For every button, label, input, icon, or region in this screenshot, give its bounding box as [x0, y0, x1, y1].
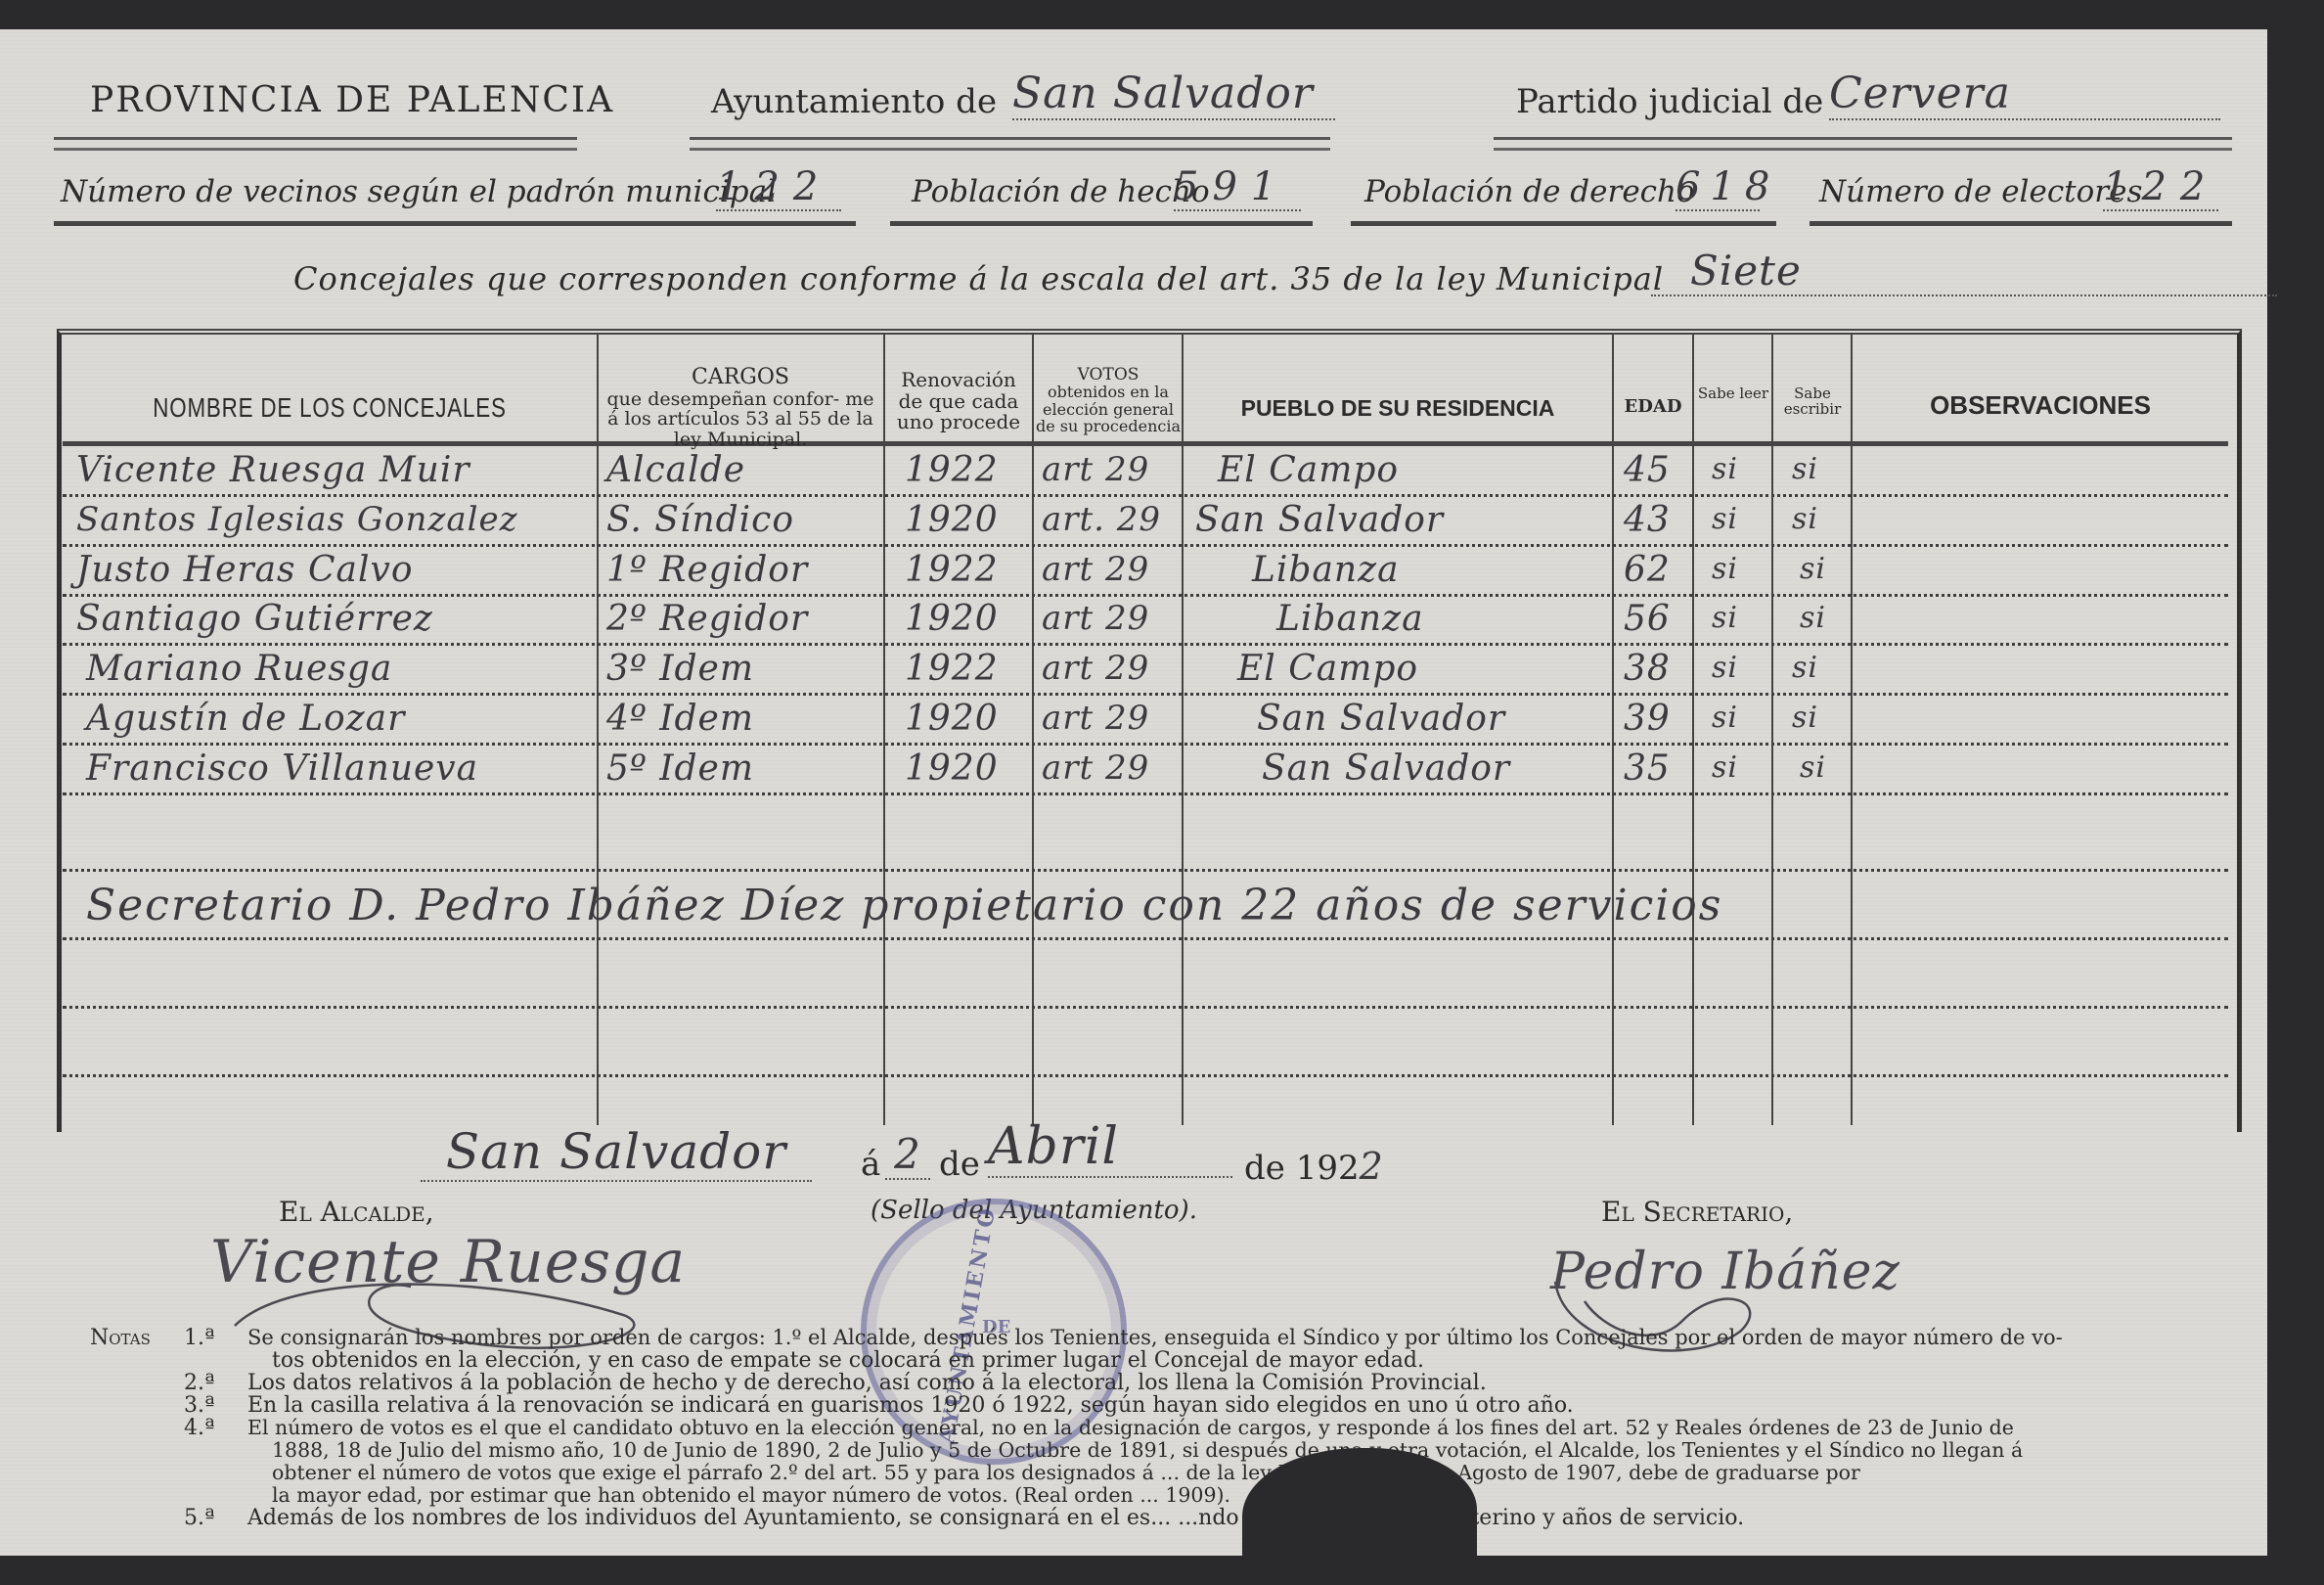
date-de-label: de	[939, 1145, 980, 1184]
cell-votos: art 29	[1042, 649, 1149, 688]
cell-escribir: si	[1792, 502, 1818, 536]
row-line	[63, 494, 2228, 497]
col-header-label: VOTOS	[1036, 366, 1181, 384]
cell-escribir: si	[1792, 452, 1818, 486]
col-header-leer: Sabe leer	[1696, 385, 1770, 401]
col-header-label: EDAD	[1625, 396, 1682, 417]
col-header-escribir: Sabe escribir	[1775, 385, 1850, 417]
col-header-sublabel: obtenidos en la elección general de su p…	[1036, 384, 1181, 434]
cell-edad: 38	[1624, 649, 1671, 689]
date-de2-label: de 1922	[1244, 1145, 1384, 1188]
hecho-label: Población de hecho	[912, 174, 1210, 209]
cell-edad: 62	[1624, 550, 1671, 590]
rule-vecinos	[54, 221, 856, 226]
row-line	[63, 869, 2228, 872]
cell-nombre: Justo Heras Calvo	[76, 550, 414, 590]
cell-cargo: S. Síndico	[606, 500, 794, 540]
note-4-line-1: El número de votos es el que el candidat…	[247, 1416, 2014, 1439]
cell-pueblo: Libanza	[1252, 550, 1400, 590]
cell-nombre: Francisco Villanueva	[86, 748, 478, 789]
cell-renovacion: 1922	[905, 649, 999, 689]
cell-pueblo: San Salvador	[1257, 699, 1505, 739]
note-2-line-1: Los datos relativos á la población de he…	[247, 1371, 1487, 1395]
cell-leer: si	[1712, 502, 1738, 536]
cell-leer: si	[1712, 651, 1738, 685]
cell-cargo: 1º Regidor	[606, 550, 808, 590]
cell-votos: art 29	[1042, 550, 1149, 589]
vecinos-label: Número de vecinos según el padrón munici…	[61, 174, 777, 209]
note-4-line-4: la mayor edad, por estimar que han obten…	[272, 1483, 1230, 1507]
cell-votos: art 29	[1042, 450, 1149, 489]
cell-votos: art 29	[1042, 699, 1149, 738]
row-line	[63, 792, 2228, 795]
row-line	[63, 643, 2228, 646]
cell-renovacion: 1920	[905, 500, 999, 540]
col-header-renovacion: Renovación de que cada uno procede	[887, 370, 1030, 433]
col-header-cargos: CARGOS que desempeñan confor- me á los a…	[599, 366, 882, 449]
note-4-num: 4.ª	[184, 1416, 214, 1440]
col-header-observaciones: OBSERVACIONES	[1855, 391, 2226, 419]
hecho-value: 591	[1174, 164, 1301, 211]
cell-cargo: 5º Idem	[606, 748, 754, 789]
date-day: 2	[885, 1130, 930, 1180]
electores-label: Número de electores	[1819, 174, 2142, 209]
notes-label: Notas	[90, 1326, 151, 1350]
row-line	[63, 594, 2228, 597]
col-header-votos: VOTOS obtenidos en la elección general d…	[1036, 366, 1181, 434]
cell-edad: 56	[1624, 599, 1671, 639]
cell-nombre: Santos Iglesias Gonzalez	[76, 500, 518, 539]
cell-pueblo: Libanza	[1276, 599, 1424, 639]
scan-background-bottom	[0, 1556, 2324, 1585]
note-1-num: 1.ª	[184, 1326, 214, 1350]
cell-pueblo: San Salvador	[1195, 500, 1444, 540]
derecho-value: 618	[1676, 164, 1760, 211]
ayuntamiento-value: San Salvador	[1012, 68, 1335, 120]
cell-cargo: Alcalde	[606, 450, 745, 490]
note-5-num: 5.ª	[184, 1506, 214, 1530]
cell-nombre: Agustín de Lozar	[86, 699, 405, 739]
date-month: Abril	[988, 1117, 1232, 1178]
cell-edad: 43	[1624, 500, 1671, 540]
cell-pueblo: El Campo	[1218, 450, 1399, 490]
cell-nombre: Vicente Ruesga Muir	[76, 450, 470, 490]
rule-ayuntamiento	[690, 137, 1330, 151]
row-line	[63, 937, 2228, 940]
cell-pueblo: San Salvador	[1262, 748, 1510, 789]
rule-derecho	[1351, 221, 1776, 226]
cell-cargo: 3º Idem	[606, 649, 754, 689]
col-header-sublabel: que desempeñan confor- me á los artículo…	[599, 389, 882, 450]
date-de2-text: de	[1244, 1149, 1285, 1188]
concejales-label: Concejales que corresponden conforme á l…	[293, 260, 1664, 297]
col-header-label: CARGOS	[599, 366, 882, 389]
col-header-label: Sabe leer	[1698, 385, 1768, 402]
note-3-num: 3.ª	[184, 1393, 214, 1418]
cell-renovacion: 1920	[905, 599, 999, 639]
cell-votos: art 29	[1042, 599, 1149, 638]
cell-leer: si	[1712, 452, 1738, 486]
rule-partido	[1494, 137, 2232, 151]
row-line	[63, 1006, 2228, 1009]
col-header-label: Sabe escribir	[1784, 385, 1842, 418]
cell-cargo: 2º Regidor	[606, 599, 808, 639]
ayuntamiento-label: Ayuntamiento de	[711, 82, 997, 121]
note-4-line-3: obtener el número de votos que exige el …	[272, 1461, 1860, 1484]
col-header-nombre: NOMBRE DE LOS CONCEJALES	[116, 393, 544, 423]
cell-leer: si	[1712, 601, 1738, 635]
partido-label: Partido judicial de	[1516, 82, 1823, 121]
row-line	[63, 1074, 2228, 1077]
secretario-label: El Secretario,	[1601, 1196, 1793, 1228]
row-line	[63, 693, 2228, 696]
partido-value: Cervera	[1829, 68, 2220, 120]
cell-escribir: si	[1800, 552, 1826, 586]
date-place: San Salvador	[421, 1123, 812, 1182]
rule-province	[54, 137, 577, 151]
col-header-edad: EDAD	[1616, 397, 1690, 416]
year-printed: 192	[1296, 1149, 1360, 1188]
cell-renovacion: 1920	[905, 699, 999, 739]
cell-leer: si	[1712, 552, 1738, 586]
cell-leer: si	[1712, 701, 1738, 735]
cell-escribir: si	[1800, 601, 1826, 635]
cell-renovacion: 1920	[905, 748, 999, 789]
cell-escribir: si	[1792, 651, 1818, 685]
cell-edad: 39	[1624, 699, 1671, 739]
derecho-label: Población de derecho	[1364, 174, 1695, 209]
secretary-note: Secretario D. Pedro Ibáñez Díez propieta…	[86, 881, 1722, 930]
document-page: PROVINCIA DE PALENCIA Ayuntamiento de Sa…	[0, 29, 2267, 1556]
cell-votos: art. 29	[1042, 500, 1161, 539]
cell-edad: 35	[1624, 748, 1671, 789]
rule-hecho	[890, 221, 1313, 226]
note-4-line-2: 1888, 18 de Julio del mismo año, 10 de J…	[272, 1438, 2023, 1462]
secretario-flourish	[1545, 1262, 1839, 1370]
cell-renovacion: 1922	[905, 550, 999, 590]
cell-escribir: si	[1792, 701, 1818, 735]
note-5-line-1: Además de los nombres de los individuos …	[247, 1506, 1744, 1530]
header-rule	[63, 441, 2228, 446]
cell-escribir: si	[1800, 750, 1826, 785]
province-title: PROVINCIA DE PALENCIA	[90, 80, 614, 120]
cell-votos: art 29	[1042, 748, 1149, 788]
alcalde-label: El Alcalde,	[279, 1196, 434, 1228]
cell-cargo: 4º Idem	[606, 699, 754, 739]
row-line	[63, 743, 2228, 746]
electores-value: 122	[2103, 164, 2218, 211]
cell-nombre: Santiago Gutiérrez	[76, 599, 433, 639]
cell-edad: 45	[1624, 450, 1671, 490]
note-1-line-2: tos obtenidos en la elección, y en caso …	[272, 1348, 1424, 1373]
date-a-label: á	[861, 1145, 880, 1184]
note-2-num: 2.ª	[184, 1371, 214, 1395]
row-line	[63, 544, 2228, 547]
col-header-pueblo: PUEBLO DE SU RESIDENCIA	[1185, 396, 1610, 421]
note-3-line-1: En la casilla relativa á la renovación s…	[247, 1393, 1574, 1418]
rule-electores	[1810, 221, 2232, 226]
cell-renovacion: 1922	[905, 450, 999, 490]
concejales-value: Siete	[1651, 247, 2277, 296]
col-header-label: PUEBLO DE SU RESIDENCIA	[1241, 395, 1555, 421]
vecinos-value: 122	[716, 164, 841, 211]
cell-leer: si	[1712, 750, 1738, 785]
cell-nombre: Mariano Ruesga	[86, 649, 392, 689]
note-1-line-1: Se consignarán los nombres por orden de …	[247, 1326, 2063, 1349]
cell-pueblo: El Campo	[1237, 649, 1418, 689]
col-header-label: Renovación de que cada uno procede	[887, 370, 1030, 433]
year-hand: 2	[1360, 1145, 1384, 1188]
col-header-label: NOMBRE DE LOS CONCEJALES	[153, 392, 507, 423]
col-header-label: OBSERVACIONES	[1930, 390, 2151, 420]
